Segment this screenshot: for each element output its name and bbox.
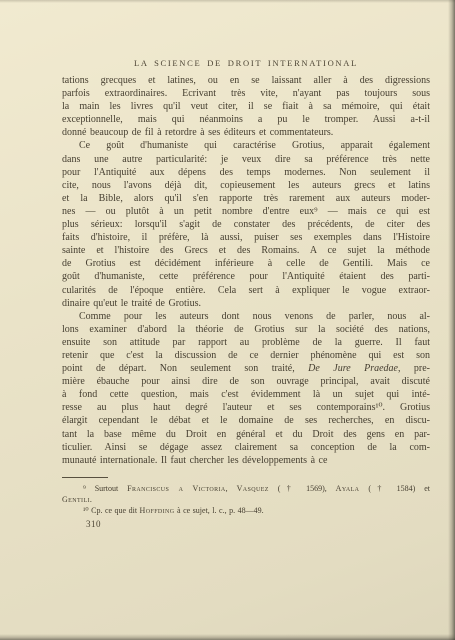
text-line: dinaire qu'eut le traité de Grotius. bbox=[62, 297, 430, 310]
text-line: ensuite son attitude par rapport au prob… bbox=[62, 336, 430, 349]
text-segment: , bbox=[226, 484, 237, 493]
text-line: cularités de l'époque entière. Cela sert… bbox=[62, 284, 430, 297]
text-segment: Cp. ce que dit bbox=[91, 506, 139, 515]
footnote-9: ⁹ Surtout Franciscus a Victoria, Vasquez… bbox=[62, 484, 430, 506]
text-line: cite, nous l'avons déjà dit, copieusemen… bbox=[62, 179, 430, 192]
text-line: sainte et l'histoire des Grecs et des Ro… bbox=[62, 244, 430, 257]
page-edge-shadow-right bbox=[448, 0, 455, 640]
text-line: à fond cette question, mais c'est évidem… bbox=[62, 388, 430, 401]
text-segment: , pre- bbox=[398, 363, 430, 374]
text-segment: point de départ. Non seulement son trait… bbox=[62, 363, 308, 374]
text-line: pour l'Antiquité aux dépens des temps mo… bbox=[62, 166, 430, 179]
text-segment: († 1584) et bbox=[359, 484, 430, 493]
text-line: de Grotius est décidément inférieure à c… bbox=[62, 257, 430, 270]
footnote-marker: ¹⁰ bbox=[83, 506, 91, 515]
scanned-page: LA SCIENCE DE DROIT INTERNATIONAL tation… bbox=[0, 0, 455, 640]
page-edge-shadow-bottom bbox=[0, 634, 455, 640]
text-line: tations grecques et latines, ou en se la… bbox=[62, 74, 430, 87]
page-number: 310 bbox=[86, 519, 101, 529]
text-line: et la Bible, alors qu'il s'en rapporte t… bbox=[62, 192, 430, 205]
page-edge-shadow-top bbox=[0, 0, 455, 3]
text-line: goût d'humaniste, cette préférence pour … bbox=[62, 270, 430, 283]
text-line: tant la base même du Droit en général et… bbox=[62, 428, 430, 441]
text-segment: . bbox=[90, 495, 92, 504]
text-line: faits d'histoire, il préfère, là aussi, … bbox=[62, 231, 430, 244]
footnote-marker: ⁹ bbox=[83, 484, 95, 493]
paragraph-3: Comme pour les auteurs dont nous venons … bbox=[62, 310, 430, 467]
footnote-line: Gentili. bbox=[62, 495, 430, 506]
text-line: lons examiner d'abord la théorie de Grot… bbox=[62, 323, 430, 336]
text-line: mière ébauche pour ainsi dire de son ouv… bbox=[62, 375, 430, 388]
author-name: Vasquez bbox=[237, 484, 269, 493]
paragraph-2: Ce goût d'humaniste qui caractérise Grot… bbox=[62, 139, 430, 309]
text-line: exceptionnelle, mais qui néanmoins a pu … bbox=[62, 113, 430, 126]
text-segment: († 1569), bbox=[269, 484, 336, 493]
footnote-10: ¹⁰ Cp. ce que dit Hoffding à ce sujet, l… bbox=[62, 506, 430, 517]
text-line: retenir que c'est la discussion de ce de… bbox=[62, 349, 430, 362]
text-block: tations grecques et latines, ou en se la… bbox=[62, 74, 430, 517]
author-name: Ayala bbox=[336, 484, 360, 493]
text-line-with-title: point de départ. Non seulement son trait… bbox=[62, 362, 430, 375]
book-title-italic: De Jure Praedae bbox=[308, 363, 398, 374]
text-line: ticulier. Ainsi se dégage assez claireme… bbox=[62, 441, 430, 454]
text-segment: Surtout bbox=[95, 484, 127, 493]
text-line: resse au plus haut degré l'auteur et ses… bbox=[62, 401, 430, 414]
text-line: donné beaucoup de fil à retordre à ses é… bbox=[62, 126, 430, 139]
text-segment: à ce sujet, l. c., p. 48—49. bbox=[175, 506, 264, 515]
text-line: nes — ou plutôt à un petit nombre d'entr… bbox=[62, 205, 430, 218]
text-line: munauté internationale. Il faut chercher… bbox=[62, 454, 430, 467]
footnotes: ⁹ Surtout Franciscus a Victoria, Vasquez… bbox=[62, 484, 430, 517]
text-line: plus sérieux: lorsqu'il s'agit de consta… bbox=[62, 218, 430, 231]
running-header: LA SCIENCE DE DROIT INTERNATIONAL bbox=[62, 58, 430, 68]
author-name: Gentili bbox=[62, 495, 90, 504]
text-line: dans une autre particularité: je veux di… bbox=[62, 153, 430, 166]
footnote-line: ⁹ Surtout Franciscus a Victoria, Vasquez… bbox=[62, 484, 430, 495]
footnote-separator bbox=[62, 477, 108, 478]
text-line: Comme pour les auteurs dont nous venons … bbox=[62, 310, 430, 323]
footnote-line: ¹⁰ Cp. ce que dit Hoffding à ce sujet, l… bbox=[62, 506, 430, 517]
text-line: la main les livres qu'il veut citer, il … bbox=[62, 100, 430, 113]
paragraph-1: tations grecques et latines, ou en se la… bbox=[62, 74, 430, 139]
text-line: élargit cependant le débat et le domaine… bbox=[62, 414, 430, 427]
text-line: parfois extraordinaires. Ecrivant très v… bbox=[62, 87, 430, 100]
author-name: Franciscus a Victoria bbox=[127, 484, 226, 493]
author-name: Hoffding bbox=[140, 506, 175, 515]
text-line: Ce goût d'humaniste qui caractérise Grot… bbox=[62, 139, 430, 152]
